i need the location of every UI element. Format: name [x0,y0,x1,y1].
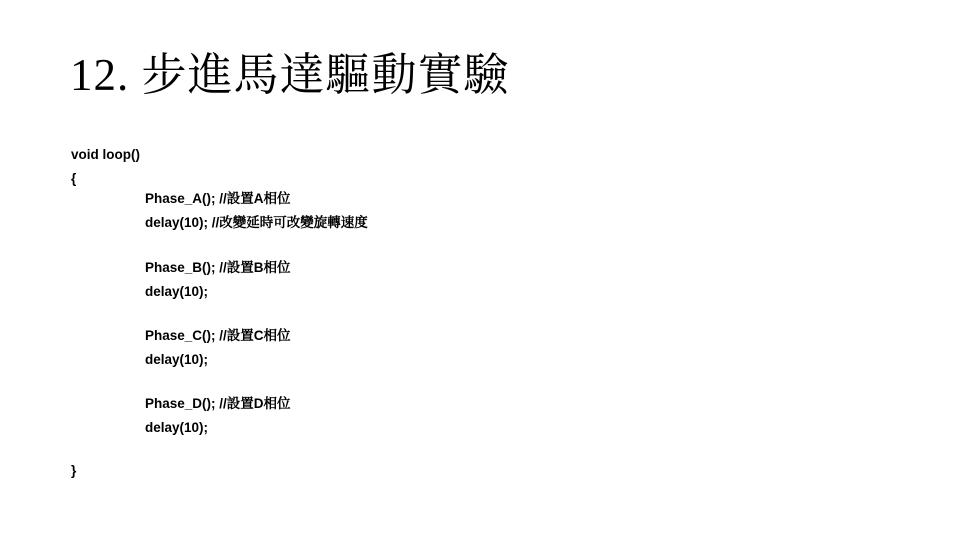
code-line-open-brace: { [71,170,76,188]
code-line-phase-d: Phase_D(); //設置D相位 [145,395,291,413]
code-line-phase-c: Phase_C(); //設置C相位 [145,327,291,345]
code-line-delay-b: delay(10); [145,283,208,301]
code-line-void-loop: void loop() [71,146,140,164]
code-line-delay-a: delay(10); //改變延時可改變旋轉速度 [145,214,368,232]
code-line-delay-c: delay(10); [145,351,208,369]
code-line-close-brace: } [71,462,76,480]
code-line-phase-b: Phase_B(); //設置B相位 [145,259,291,277]
code-block: void loop() { Phase_A(); //設置A相位 delay(1… [0,0,960,540]
presentation-slide: 12. 步進馬達驅動實驗 void loop() { Phase_A(); //… [0,0,960,540]
code-line-phase-a: Phase_A(); //設置A相位 [145,190,291,208]
code-line-delay-d: delay(10); [145,419,208,437]
